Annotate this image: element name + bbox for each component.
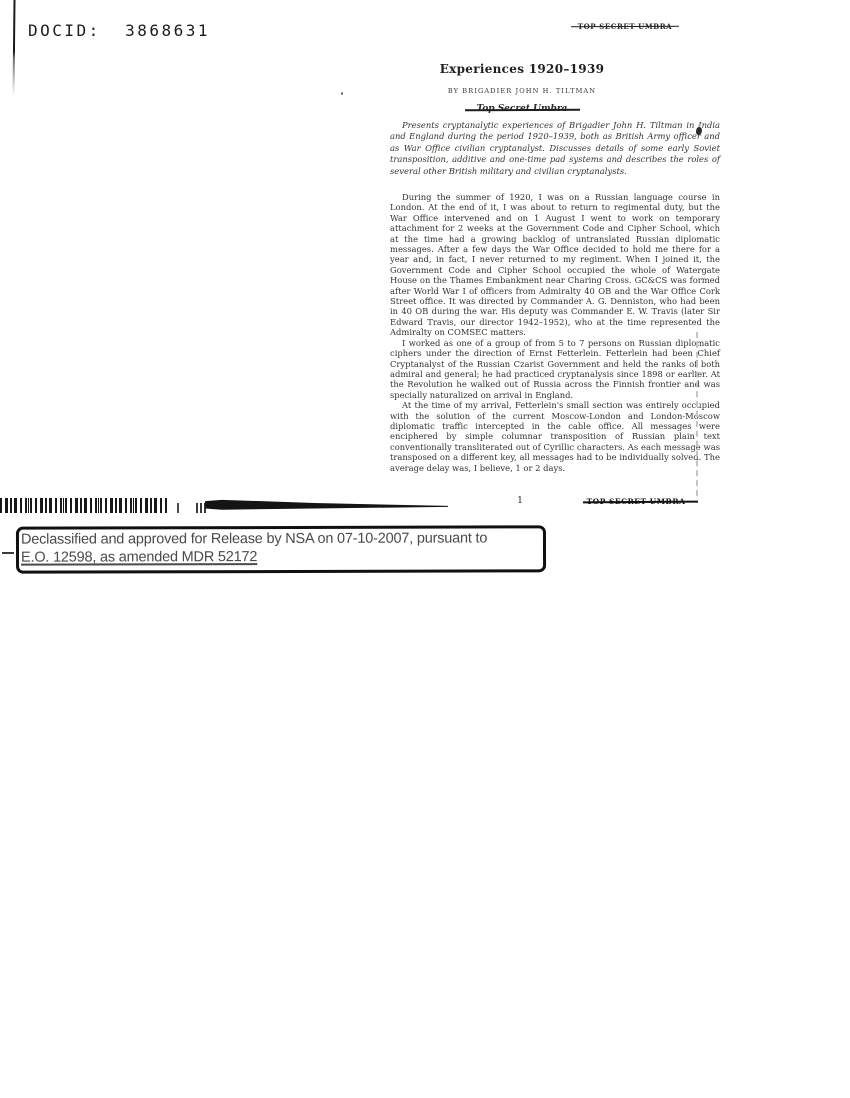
classification-banner-bottom: TOP SECRET UMBRA: [586, 497, 686, 506]
classification-banner-top-text: TOP SECRET UMBRA: [578, 22, 672, 31]
docid-header: DOCID: 3868631: [28, 21, 210, 40]
scan-artifact-line: [12, 0, 15, 96]
struck-classification-motto: Top Secret Umbra: [390, 104, 654, 114]
page-number: 1: [512, 495, 528, 506]
declassification-stamp: Declassified and approved for Release by…: [16, 525, 546, 573]
paragraph-3: At the time of my arrival, Fetterlein's …: [390, 400, 720, 473]
scanned-document-page: DOCID: 3868631 TOP SECRET UMBRA Experien…: [0, 0, 850, 1098]
scan-artifact-dashed-line: [696, 332, 698, 496]
body-text: During the summer of 1920, I was on a Ru…: [390, 192, 720, 473]
byline: BY BRIGADIER JOHN H. TILTMAN: [390, 87, 654, 95]
declassification-stamp-line2: E.O. 12598, as amended MDR 52172: [19, 547, 543, 566]
barcode-strip: [0, 498, 168, 513]
scan-artifact-dash: [2, 552, 14, 554]
classification-banner-bottom-text: TOP SECRET UMBRA: [587, 497, 686, 506]
scan-speck-small: [341, 92, 343, 95]
document-title: Experiences 1920–1939: [390, 62, 654, 76]
paragraph-1: During the summer of 1920, I was on a Ru…: [390, 192, 720, 338]
paragraph-2: I worked as one of a group of from 5 to …: [390, 338, 720, 400]
classification-banner-top: TOP SECRET UMBRA: [575, 22, 675, 31]
declassification-stamp-line1: Declassified and approved for Release by…: [19, 529, 543, 548]
abstract-paragraph: Presents cryptanalytic experiences of Br…: [390, 120, 720, 177]
barcode-mark-single: [177, 503, 179, 513]
marker-swipe-artifact: [205, 499, 448, 512]
struck-classification-motto-text: Top Secret Umbra: [477, 104, 568, 114]
